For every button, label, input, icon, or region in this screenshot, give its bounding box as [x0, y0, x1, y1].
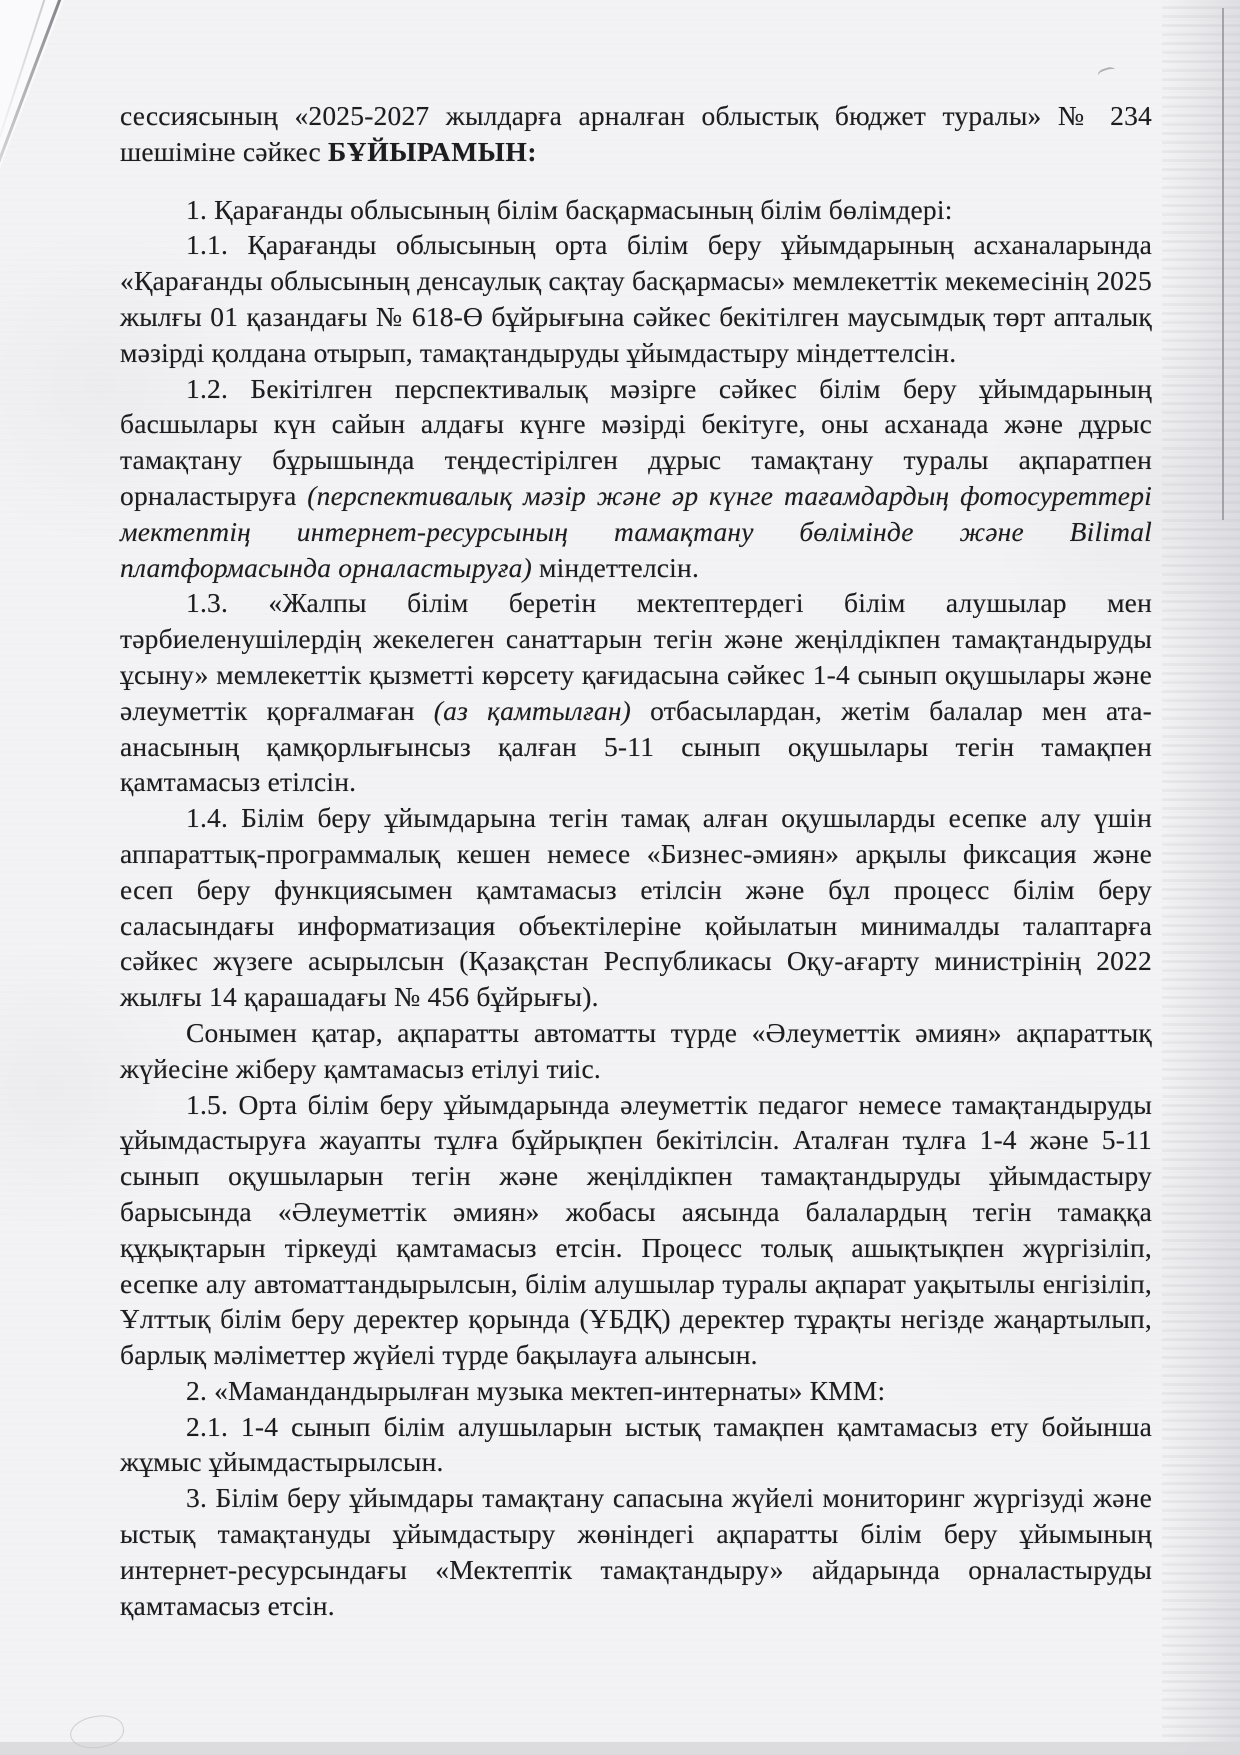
section-1-4-note-text: Сонымен қатар, ақпаратты автоматты түрде… — [120, 1017, 1152, 1084]
section-1-2: 1.2. Бекітілген перспективалық мәзірге с… — [120, 371, 1152, 586]
section-3-text: 3. Білім беру ұйымдары тамақтану сапасын… — [120, 1482, 1152, 1620]
section-1-5: 1.5. Орта білім беру ұйымдарында әлеумет… — [120, 1087, 1152, 1373]
scanned-document-page: сессиясының «2025-2027 жылдарға арналған… — [0, 0, 1240, 1755]
section-1-3: 1.3. «Жалпы білім беретін мектептердегі … — [120, 585, 1152, 800]
section-1-1: 1.1. Қарағанды облысының орта білім беру… — [120, 227, 1152, 370]
section-2-1: 2.1. 1-4 сынып білім алушыларын ыстық та… — [120, 1409, 1152, 1481]
section-2-text: 2. «Мамандандырылған музыка мектеп-интер… — [186, 1375, 885, 1406]
section-1-4: 1.4. Білім беру ұйымдарына тегін тамақ а… — [120, 800, 1152, 1015]
scan-edge-shadow — [1162, 0, 1240, 1755]
page-edge-line — [1222, 8, 1224, 520]
section-1-4-note: Сонымен қатар, ақпаратты автоматты түрде… — [120, 1015, 1152, 1087]
section-1-1-text: 1.1. Қарағанды облысының орта білім беру… — [120, 229, 1152, 367]
scan-bottom-shadow — [0, 1742, 1240, 1755]
section-1-text: 1. Қарағанды облысының білім басқармасын… — [186, 194, 953, 225]
section-1-4-text: 1.4. Білім беру ұйымдарына тегін тамақ а… — [120, 802, 1152, 1012]
intro-paragraph: сессиясының «2025-2027 жылдарға арналған… — [120, 98, 1152, 170]
ink-smudge — [1097, 66, 1118, 83]
section-1-3-italic-note: (аз қамтылған) — [434, 695, 631, 726]
section-2: 2. «Мамандандырылған музыка мектеп-интер… — [120, 1373, 1152, 1409]
section-1-5-text: 1.5. Орта білім беру ұйымдарында әлеумет… — [120, 1089, 1152, 1371]
page-fold-corner — [0, 0, 64, 168]
intro-text: сессиясының «2025-2027 жылдарға арналған… — [120, 100, 1152, 167]
directive-word: БҰЙЫРАМЫН: — [328, 136, 537, 167]
section-3: 3. Білім беру ұйымдары тамақтану сапасын… — [120, 1480, 1152, 1623]
section-1-2-tail: міндеттелсін. — [532, 552, 699, 583]
document-text-block: сессиясының «2025-2027 жылдарға арналған… — [120, 98, 1152, 1623]
section-1: 1. Қарағанды облысының білім басқармасын… — [120, 192, 1152, 228]
section-2-1-text: 2.1. 1-4 сынып білім алушыларын ыстық та… — [120, 1411, 1152, 1478]
